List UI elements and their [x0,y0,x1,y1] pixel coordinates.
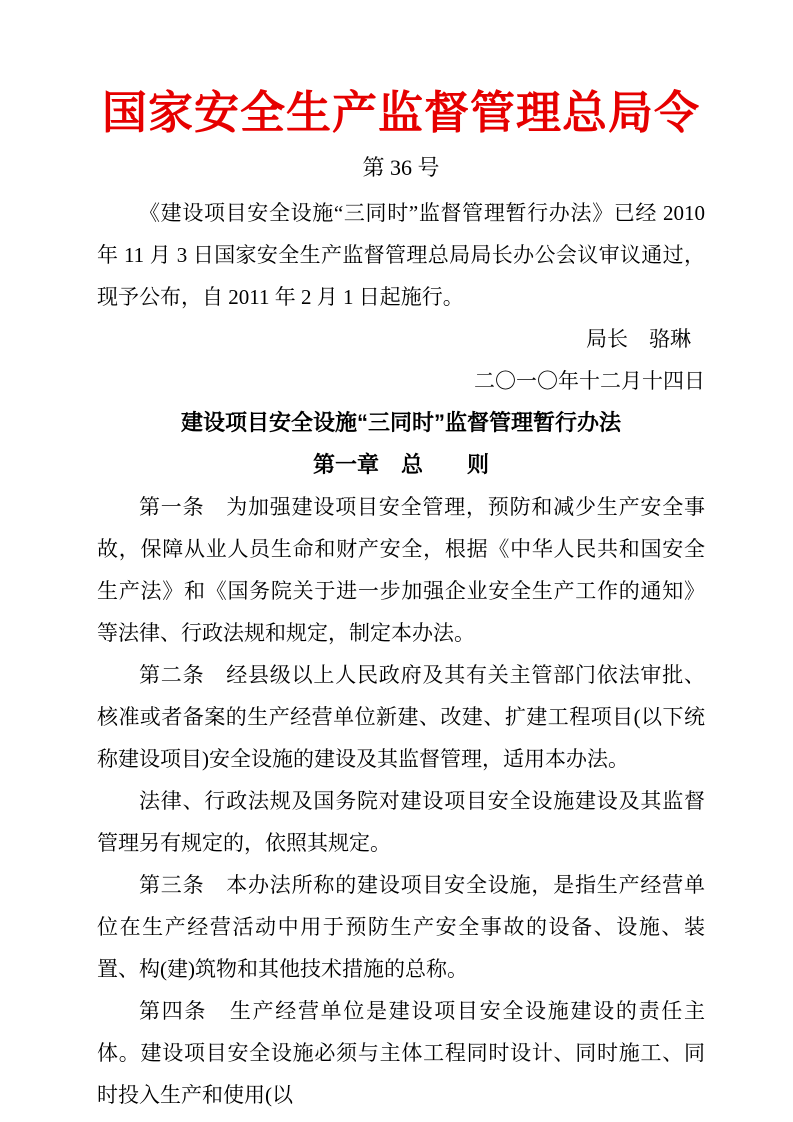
chapter-heading: 第一章 总 则 [97,444,705,486]
article-paragraph-2: 第二条 经县级以上人民政府及其有关主管部门依法审批、核准或者备案的生产经营单位新… [97,654,705,780]
article-paragraph-5: 第四条 生产经营单位是建设项目安全设施建设的责任主体。建设项目安全设施必须与主体… [97,990,705,1116]
order-number: 第 36 号 [97,144,705,192]
article-paragraph-1: 第一条 为加强建设项目安全管理，预防和减少生产安全事故，保障从业人员生命和财产安… [97,486,705,654]
document-title: 国家安全生产监督管理总局令 [87,82,715,144]
article-paragraph-3: 法律、行政法规及国务院对建设项目安全设施建设及其监督管理另有规定的，依照其规定。 [97,780,705,864]
signature-date: 二〇一〇年十二月十四日 [97,360,705,402]
regulation-title: 建设项目安全设施“三同时”监督管理暂行办法 [97,402,705,444]
preamble-paragraph: 《建设项目安全设施“三同时”监督管理暂行办法》已经 2010 年 11 月 3 … [97,192,705,318]
signature-line: 局长 骆琳 [97,318,705,360]
article-paragraph-4: 第三条 本办法所称的建设项目安全设施，是指生产经营单位在生产经营活动中用于预防生… [97,864,705,990]
document-page: 国家安全生产监督管理总局令 第 36 号 《建设项目安全设施“三同时”监督管理暂… [0,0,793,1122]
